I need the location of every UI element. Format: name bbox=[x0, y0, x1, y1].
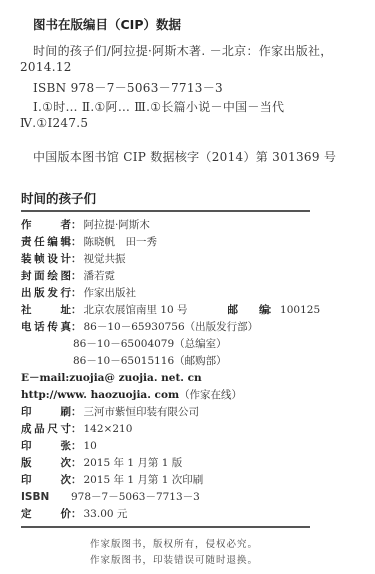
impression-label: 印 次 bbox=[21, 472, 71, 487]
price-label: 定 价 bbox=[21, 506, 71, 521]
postcode-value: 100125 bbox=[280, 304, 320, 316]
row-isbn: ISBN 978－7－5063－7713－3 bbox=[21, 489, 200, 504]
row-price: 定 价： 33.00 元 bbox=[21, 506, 127, 521]
colon: ： bbox=[71, 472, 82, 487]
row-size: 成品尺寸： 142×210 bbox=[21, 421, 132, 436]
email-value[interactable]: zuojia@ zuojia. net. cn bbox=[69, 372, 201, 384]
colon: ： bbox=[71, 319, 82, 334]
cip-line-date: 2014.12 bbox=[20, 60, 72, 74]
address-value: 北京农展馆南里 10 号 bbox=[84, 302, 188, 317]
cip-line-call-number: Ⅳ.①I247.5 bbox=[20, 116, 88, 130]
colon: ： bbox=[71, 302, 82, 317]
postcode-label: 邮 编 bbox=[228, 302, 268, 317]
row-phone-fax-3: 86－10－65015116（邮购部） bbox=[21, 353, 227, 368]
colon: ： bbox=[71, 251, 82, 266]
website-label: http bbox=[21, 389, 46, 401]
colon: ： bbox=[268, 302, 279, 317]
phone-fax-value-3: 86－10－65015116（邮购部） bbox=[21, 353, 227, 368]
cip-registration: 中国版本图书馆 CIP 数据核字（2014）第 301369 号 bbox=[33, 148, 336, 165]
cover-art-label: 封面绘图 bbox=[21, 268, 71, 283]
row-website: http://www. haozuojia. com （作家在线） bbox=[21, 387, 242, 402]
phone-fax-label: 电话传真 bbox=[21, 319, 71, 334]
row-phone-fax-2: 86－10－65004079（总编室） bbox=[21, 336, 227, 351]
colon: ： bbox=[71, 234, 82, 249]
printer-value: 三河市紫恒印装有限公司 bbox=[84, 404, 200, 419]
email-label: E－mail bbox=[21, 370, 65, 385]
binding-design-label: 装帧设计 bbox=[21, 251, 71, 266]
row-sheets: 印 张： 10 bbox=[21, 438, 97, 453]
row-impression: 印 次： 2015 年 1 月第 1 次印刷 bbox=[21, 472, 203, 487]
sheets-value: 10 bbox=[84, 440, 97, 452]
sheets-label: 印 张 bbox=[21, 438, 71, 453]
copyright-notice: 作家版图书，版权所有，侵权必究。 bbox=[90, 536, 258, 550]
edition-label: 版 次 bbox=[21, 455, 71, 470]
return-notice: 作家版图书，印装错误可随时退换。 bbox=[90, 552, 258, 566]
isbn-value: 978－7－5063－7713－3 bbox=[71, 489, 200, 504]
cip-line-isbn: ISBN 978－7－5063－7713－3 bbox=[33, 79, 223, 96]
size-label: 成品尺寸 bbox=[21, 421, 71, 436]
binding-design-value: 视觉共振 bbox=[84, 251, 126, 266]
impression-value: 2015 年 1 月第 1 次印刷 bbox=[84, 472, 204, 487]
row-printer: 印 刷： 三河市紫恒印装有限公司 bbox=[21, 404, 199, 419]
cover-art-value: 潘若霓 bbox=[84, 268, 116, 283]
publisher-value: 作家出版社 bbox=[84, 285, 137, 300]
row-edition: 版 次： 2015 年 1 月第 1 版 bbox=[21, 455, 182, 470]
bottom-divider bbox=[21, 526, 310, 528]
colon: ： bbox=[71, 217, 82, 232]
row-editor: 责任编辑： 陈晓帆 田一秀 bbox=[21, 234, 157, 249]
cip-line-title-author: 时间的孩子们/阿拉提·阿斯木著. －北京：作家出版社， bbox=[33, 42, 333, 59]
address-label: 社 址 bbox=[21, 302, 71, 317]
editor-label: 责任编辑 bbox=[21, 234, 71, 249]
row-publisher: 出版发行： 作家出版社 bbox=[21, 285, 136, 300]
cip-heading: 图书在版编目（CIP）数据 bbox=[33, 15, 181, 33]
publisher-label: 出版发行 bbox=[21, 285, 71, 300]
website-note: （作家在线） bbox=[179, 387, 242, 402]
row-email: E－mail: zuojia@ zuojia. net. cn bbox=[21, 370, 202, 385]
website-value[interactable]: ://www. haozuojia. com bbox=[46, 389, 179, 401]
colon: ： bbox=[71, 268, 82, 283]
isbn-label: ISBN bbox=[21, 491, 71, 503]
row-phone-fax: 电话传真： 86－10－65930756（出版发行部） bbox=[21, 319, 258, 334]
edition-value: 2015 年 1 月第 1 版 bbox=[84, 455, 183, 470]
row-address: 社 址： 北京农展馆南里 10 号 邮 编： 100125 bbox=[21, 302, 320, 317]
colon: ： bbox=[71, 438, 82, 453]
author-label: 作 者 bbox=[21, 217, 71, 232]
phone-fax-value-1: 86－10－65930756（出版发行部） bbox=[84, 319, 259, 334]
row-author: 作 者： 阿拉提·阿斯木 bbox=[21, 217, 150, 232]
editor-value: 陈晓帆 田一秀 bbox=[84, 234, 158, 249]
author-value: 阿拉提·阿斯木 bbox=[84, 217, 150, 232]
top-divider bbox=[21, 210, 310, 212]
row-cover-art: 封面绘图： 潘若霓 bbox=[21, 268, 115, 283]
book-title: 时间的孩子们 bbox=[21, 189, 96, 207]
colon: ： bbox=[71, 404, 82, 419]
row-binding-design: 装帧设计： 视觉共振 bbox=[21, 251, 126, 266]
colon: ： bbox=[71, 455, 82, 470]
colon: ： bbox=[71, 506, 82, 521]
size-value: 142×210 bbox=[84, 423, 133, 435]
cip-line-classification: Ⅰ.①时… Ⅱ.①阿… Ⅲ.①长篇小说－中国－当代 bbox=[33, 98, 284, 115]
phone-fax-value-2: 86－10－65004079（总编室） bbox=[21, 336, 227, 351]
printer-label: 印 刷 bbox=[21, 404, 71, 419]
colon: ： bbox=[71, 421, 82, 436]
price-value: 33.00 元 bbox=[84, 506, 128, 521]
colon: ： bbox=[71, 285, 82, 300]
